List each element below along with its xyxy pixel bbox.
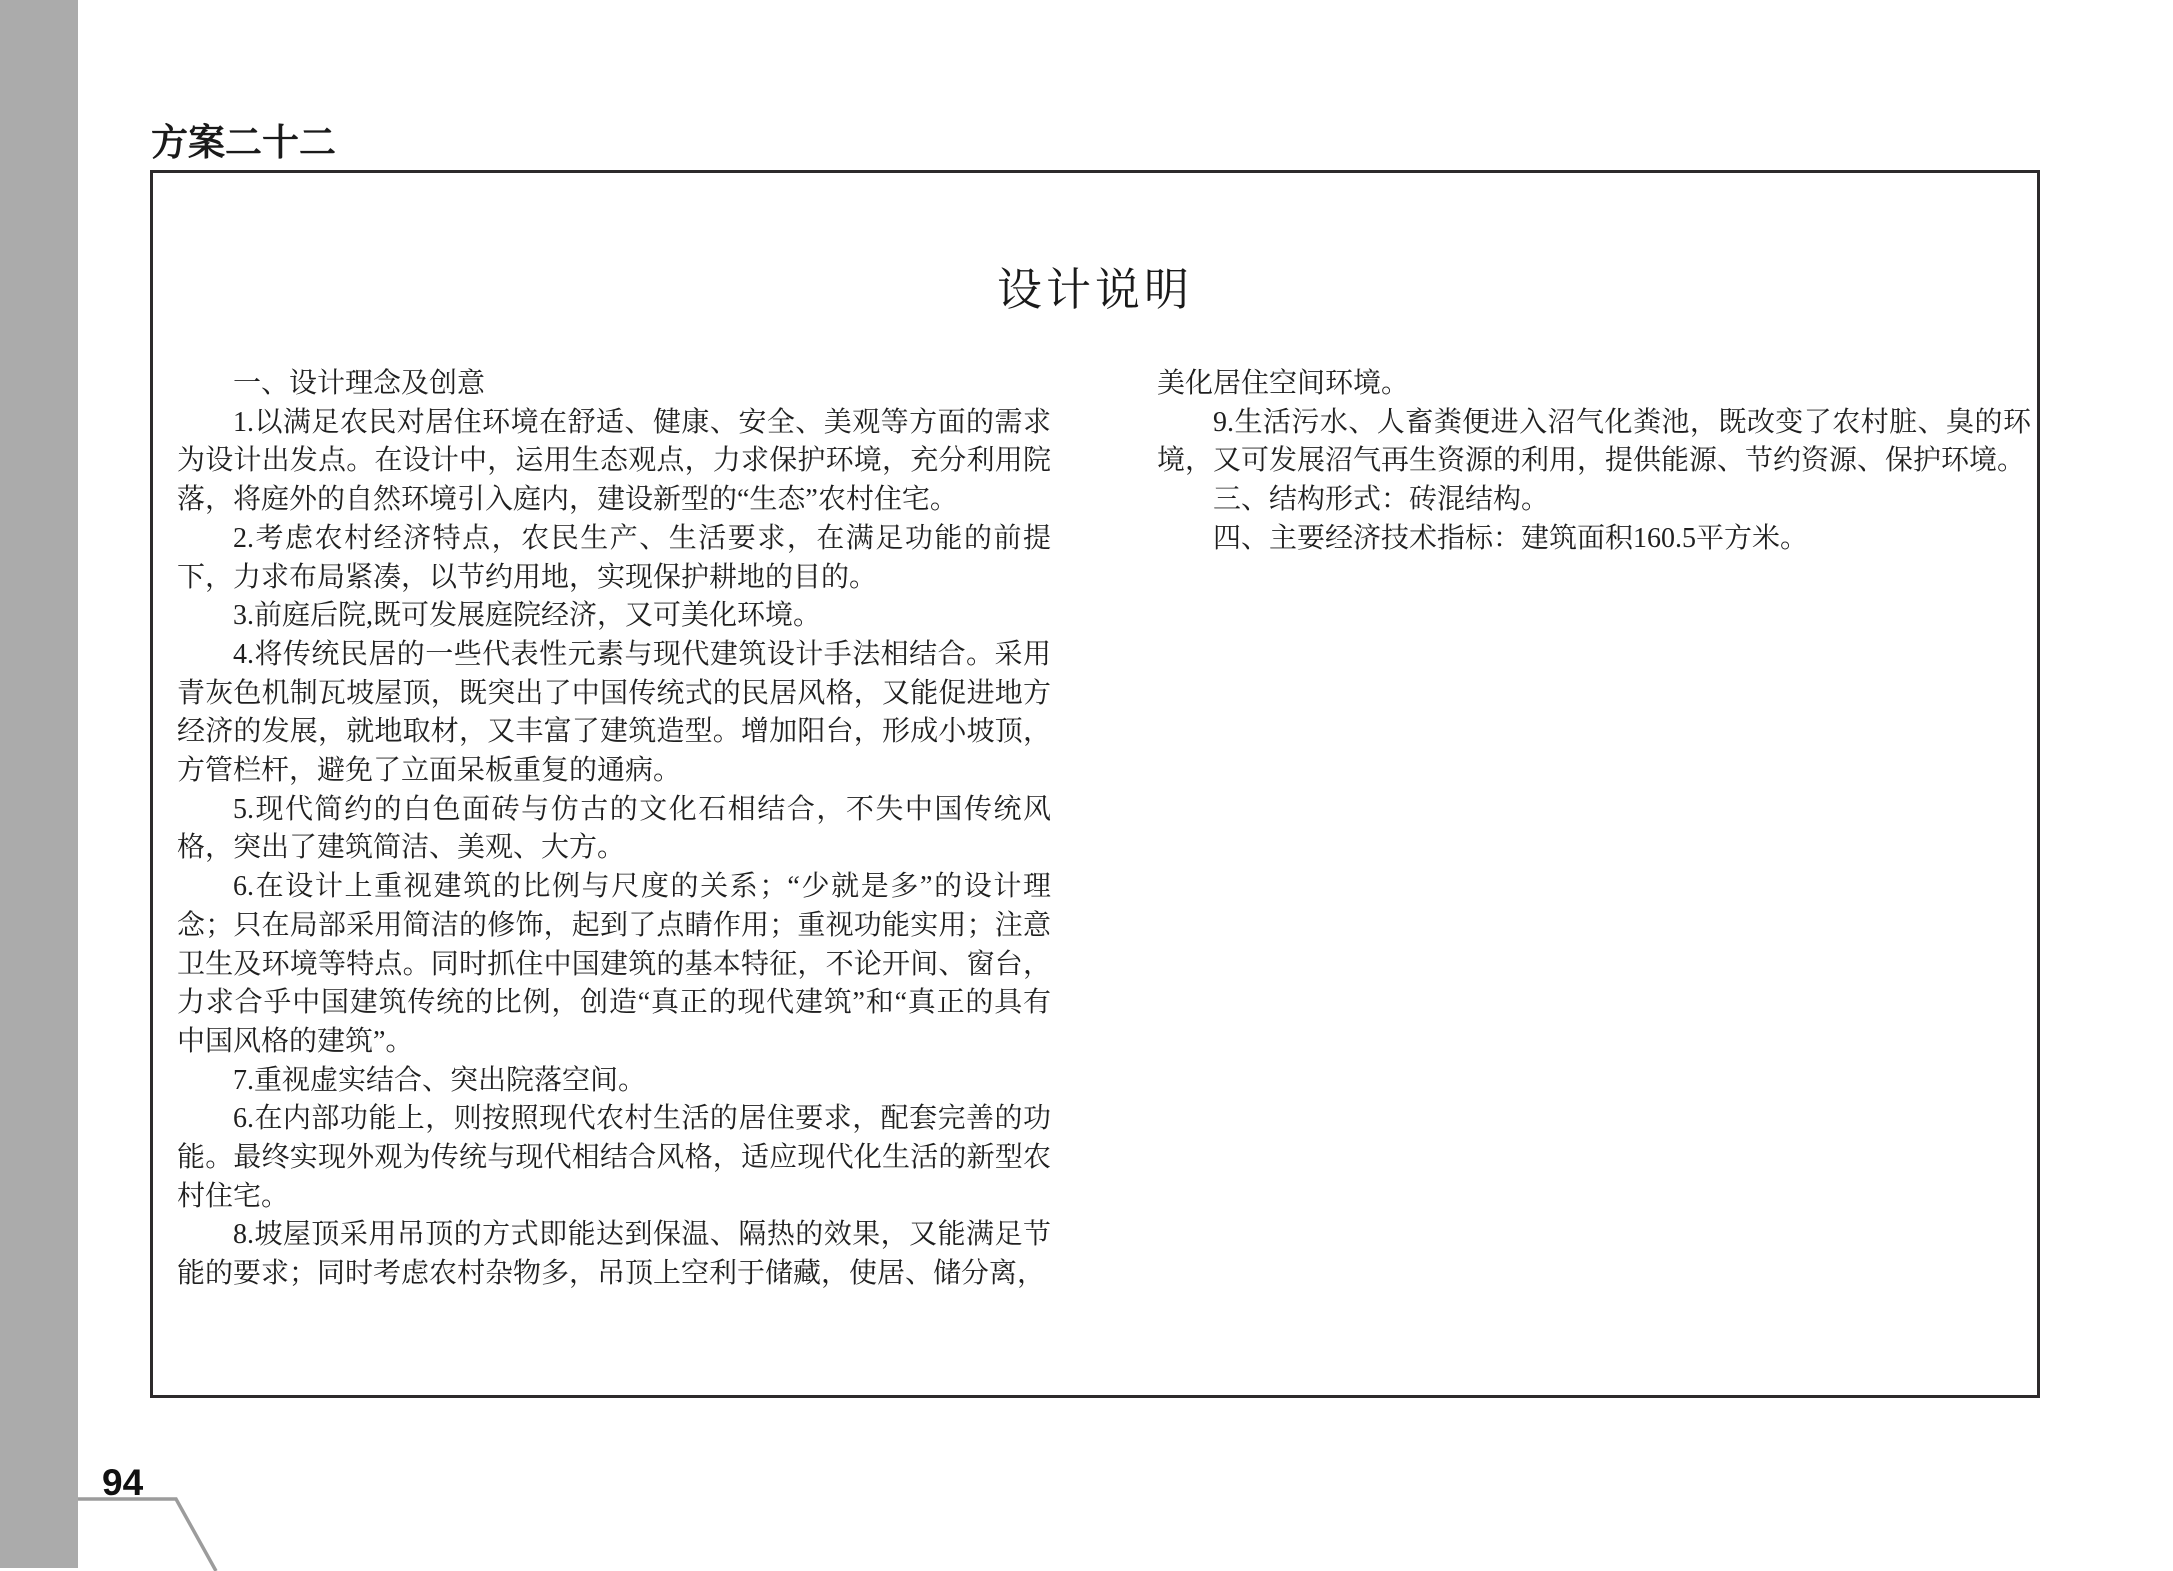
panel-title: 设计说明 — [153, 253, 2037, 318]
paragraph: 美化居住空间环境。 — [1157, 365, 2031, 404]
paragraph: 3.前庭后院,既可发展庭院经济，又可美化环境。 — [177, 597, 1051, 636]
binding-strip — [0, 0, 78, 1568]
right-column: 美化居住空间环境。9.生活污水、人畜粪便进入沼气化粪池，既改变了农村脏、臭的环境… — [1157, 365, 2031, 1294]
paragraph: 6.在内部功能上，则按照现代农村生活的居住要求，配套完善的功能。最终实现外观为传… — [177, 1100, 1051, 1216]
paragraph: 9.生活污水、人畜粪便进入沼气化粪池，既改变了农村脏、臭的环境，又可发展沼气再生… — [1157, 404, 2031, 481]
paragraph: 2.考虑农村经济特点，农民生产、生活要求，在满足功能的前提下，力求布局紧凑，以节… — [177, 520, 1051, 597]
paragraph: 4.将传统民居的一些代表性元素与现代建筑设计手法相结合。采用青灰色机制瓦坡屋顶，… — [177, 636, 1051, 791]
paragraph: 四、主要经济技术指标：建筑面积160.5平方米。 — [1157, 520, 2031, 559]
plan-title: 方案二十二 — [151, 112, 336, 166]
paragraph: 8.坡屋顶采用吊顶的方式即能达到保温、隔热的效果，又能满足节能的要求；同时考虑农… — [177, 1216, 1051, 1293]
paragraph: 三、结构形式：砖混结构。 — [1157, 481, 2031, 520]
footer-rule-line — [78, 1499, 216, 1571]
page-number: 94 — [102, 1462, 143, 1504]
paragraph: 1.以满足农民对居住环境在舒适、健康、安全、美观等方面的需求为设计出发点。在设计… — [177, 404, 1051, 520]
left-column: 一、设计理念及创意1.以满足农民对居住环境在舒适、健康、安全、美观等方面的需求为… — [177, 365, 1051, 1294]
paragraph: 7.重视虚实结合、突出院落空间。 — [177, 1062, 1051, 1101]
book-page: 方案二十二 设计说明 一、设计理念及创意1.以满足农民对居住环境在舒适、健康、安… — [0, 0, 2173, 1571]
design-notes-panel: 设计说明 一、设计理念及创意1.以满足农民对居住环境在舒适、健康、安全、美观等方… — [150, 170, 2040, 1398]
paragraph: 5.现代简约的白色面砖与仿古的文化石相结合，不失中国传统风格，突出了建筑简洁、美… — [177, 791, 1051, 868]
paragraph: 一、设计理念及创意 — [177, 365, 1051, 404]
paragraph: 6.在设计上重视建筑的比例与尺度的关系；“少就是多”的设计理念；只在局部采用简洁… — [177, 868, 1051, 1062]
text-columns: 一、设计理念及创意1.以满足农民对居住环境在舒适、健康、安全、美观等方面的需求为… — [177, 365, 2031, 1294]
